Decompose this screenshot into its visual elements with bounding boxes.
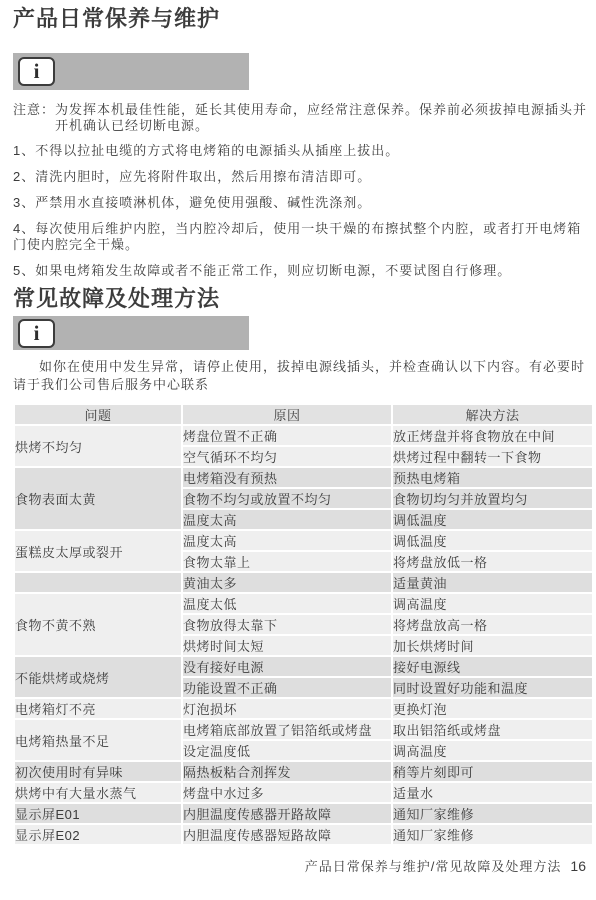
footer-text: 产品日常保养与维护/常见故障及处理方法 (305, 856, 562, 875)
solution-cell: 调低温度 (393, 510, 592, 529)
header-solution: 解决方法 (393, 405, 592, 424)
troubleshooting-title: 常见故障及处理方法 (13, 285, 588, 313)
table-row: 不能烘烤或烧烤没有接好电源接好电源线 (15, 657, 592, 676)
cause-cell: 温度太高 (183, 531, 391, 550)
solution-cell: 接好电源线 (393, 657, 592, 676)
note-text: 为发挥本机最佳性能，延长其使用寿命，应经常注意保养。保养前必须拔掉电源插头并开机… (55, 102, 588, 134)
solution-cell: 放正烤盘并将食物放在中间 (393, 426, 592, 445)
maintenance-item: 4、每次使用后维护内腔，当内腔冷却后，使用一块干燥的布擦拭整个内腔，或者打开电烤… (13, 221, 588, 253)
table-row: 电烤箱灯不亮灯泡损坏更换灯泡 (15, 699, 592, 718)
table-row: 显示屏E02内胆温度传感器短路故障通知厂家维修 (15, 825, 592, 844)
info-bar: i (13, 53, 249, 90)
problem-cell: 显示屏E02 (15, 825, 181, 844)
cause-cell: 温度太高 (183, 510, 391, 529)
fault-table-body: 烘烤不均匀烤盘位置不正确放正烤盘并将食物放在中间空气循环不均匀烘烤过程中翻转一下… (15, 426, 592, 844)
cause-cell: 烘烤时间太短 (183, 636, 391, 655)
cause-cell: 内胆温度传感器短路故障 (183, 825, 391, 844)
table-row: 显示屏E01内胆温度传感器开路故障通知厂家维修 (15, 804, 592, 823)
table-row: 黄油太多适量黄油 (15, 573, 592, 592)
header-problem: 问题 (15, 405, 181, 424)
cause-cell: 食物不均匀或放置不均匀 (183, 489, 391, 508)
solution-cell: 调低温度 (393, 531, 592, 550)
cause-cell: 温度太低 (183, 594, 391, 613)
solution-cell: 加长烘烤时间 (393, 636, 592, 655)
table-row: 食物表面太黄电烤箱没有预热预热电烤箱 (15, 468, 592, 487)
page-footer: 产品日常保养与维护/常见故障及处理方法 16 (13, 856, 588, 875)
solution-cell: 烘烤过程中翻转一下食物 (393, 447, 592, 466)
solution-cell: 调高温度 (393, 741, 592, 760)
table-header-row: 问题 原因 解决方法 (15, 405, 592, 424)
cause-cell: 空气循环不均匀 (183, 447, 391, 466)
solution-cell: 稍等片刻即可 (393, 762, 592, 781)
cause-cell: 黄油太多 (183, 573, 391, 592)
table-row: 初次使用时有异味隔热板粘合剂挥发稍等片刻即可 (15, 762, 592, 781)
maintenance-list: 1、不得以拉扯电缆的方式将电烤箱的电源插头从插座上拔出。2、清洗内胆时，应先将附… (13, 143, 588, 279)
solution-cell: 调高温度 (393, 594, 592, 613)
cause-cell: 电烤箱底部放置了铝箔纸或烤盘 (183, 720, 391, 739)
cause-cell: 设定温度低 (183, 741, 391, 760)
problem-cell (15, 573, 181, 592)
table-row: 烘烤不均匀烤盘位置不正确放正烤盘并将食物放在中间 (15, 426, 592, 445)
problem-cell: 显示屏E01 (15, 804, 181, 823)
cause-cell: 食物放得太靠下 (183, 615, 391, 634)
maintenance-item: 2、清洗内胆时，应先将附件取出，然后用擦布清洁即可。 (13, 169, 588, 185)
note-label: 注意： (13, 102, 55, 134)
solution-cell: 适量水 (393, 783, 592, 802)
cause-cell: 内胆温度传感器开路故障 (183, 804, 391, 823)
solution-cell: 预热电烤箱 (393, 468, 592, 487)
info-icon: i (18, 57, 55, 86)
cause-cell: 食物太靠上 (183, 552, 391, 571)
solution-cell: 将烤盘放高一格 (393, 615, 592, 634)
info-icon: i (18, 319, 55, 348)
cause-cell: 灯泡损坏 (183, 699, 391, 718)
maintenance-title: 产品日常保养与维护 (13, 5, 588, 33)
table-row: 电烤箱热量不足电烤箱底部放置了铝箔纸或烤盘取出铝箔纸或烤盘 (15, 720, 592, 739)
solution-cell: 更换灯泡 (393, 699, 592, 718)
table-row: 蛋糕皮太厚或裂开温度太高调低温度 (15, 531, 592, 550)
solution-cell: 将烤盘放低一格 (393, 552, 592, 571)
problem-cell: 食物表面太黄 (15, 468, 181, 529)
cause-cell: 烤盘中水过多 (183, 783, 391, 802)
maintenance-item: 3、严禁用水直接喷淋机体，避免使用强酸、碱性洗涤剂。 (13, 195, 588, 211)
cause-cell: 隔热板粘合剂挥发 (183, 762, 391, 781)
problem-cell: 不能烘烤或烧烤 (15, 657, 181, 697)
problem-cell: 电烤箱热量不足 (15, 720, 181, 760)
solution-cell: 适量黄油 (393, 573, 592, 592)
solution-cell: 取出铝箔纸或烤盘 (393, 720, 592, 739)
maintenance-note: 注意： 为发挥本机最佳性能，延长其使用寿命，应经常注意保养。保养前必须拔掉电源插… (13, 102, 588, 134)
problem-cell: 电烤箱灯不亮 (15, 699, 181, 718)
solution-cell: 食物切均匀并放置均匀 (393, 489, 592, 508)
page-number: 16 (570, 858, 586, 874)
solution-cell: 同时设置好功能和温度 (393, 678, 592, 697)
maintenance-item: 5、如果电烤箱发生故障或者不能正常工作，则应切断电源，不要试图自行修理。 (13, 263, 588, 279)
header-cause: 原因 (183, 405, 391, 424)
problem-cell: 烘烤不均匀 (15, 426, 181, 466)
table-row: 烘烤中有大量水蒸气烤盘中水过多适量水 (15, 783, 592, 802)
cause-cell: 功能设置不正确 (183, 678, 391, 697)
table-row: 食物不黄不熟温度太低调高温度 (15, 594, 592, 613)
cause-cell: 电烤箱没有预热 (183, 468, 391, 487)
problem-cell: 食物不黄不熟 (15, 594, 181, 655)
solution-cell: 通知厂家维修 (393, 825, 592, 844)
problem-cell: 蛋糕皮太厚或裂开 (15, 531, 181, 571)
solution-cell: 通知厂家维修 (393, 804, 592, 823)
problem-cell: 初次使用时有异味 (15, 762, 181, 781)
cause-cell: 烤盘位置不正确 (183, 426, 391, 445)
maintenance-item: 1、不得以拉扯电缆的方式将电烤箱的电源插头从插座上拔出。 (13, 143, 588, 159)
fault-table: 问题 原因 解决方法 烘烤不均匀烤盘位置不正确放正烤盘并将食物放在中间空气循环不… (13, 403, 594, 846)
troubleshooting-intro: 如你在使用中发生异常，请停止使用，拔掉电源线插头，并检查确认以下内容。有必要时请… (13, 358, 588, 394)
info-bar: i (13, 316, 249, 350)
problem-cell: 烘烤中有大量水蒸气 (15, 783, 181, 802)
cause-cell: 没有接好电源 (183, 657, 391, 676)
